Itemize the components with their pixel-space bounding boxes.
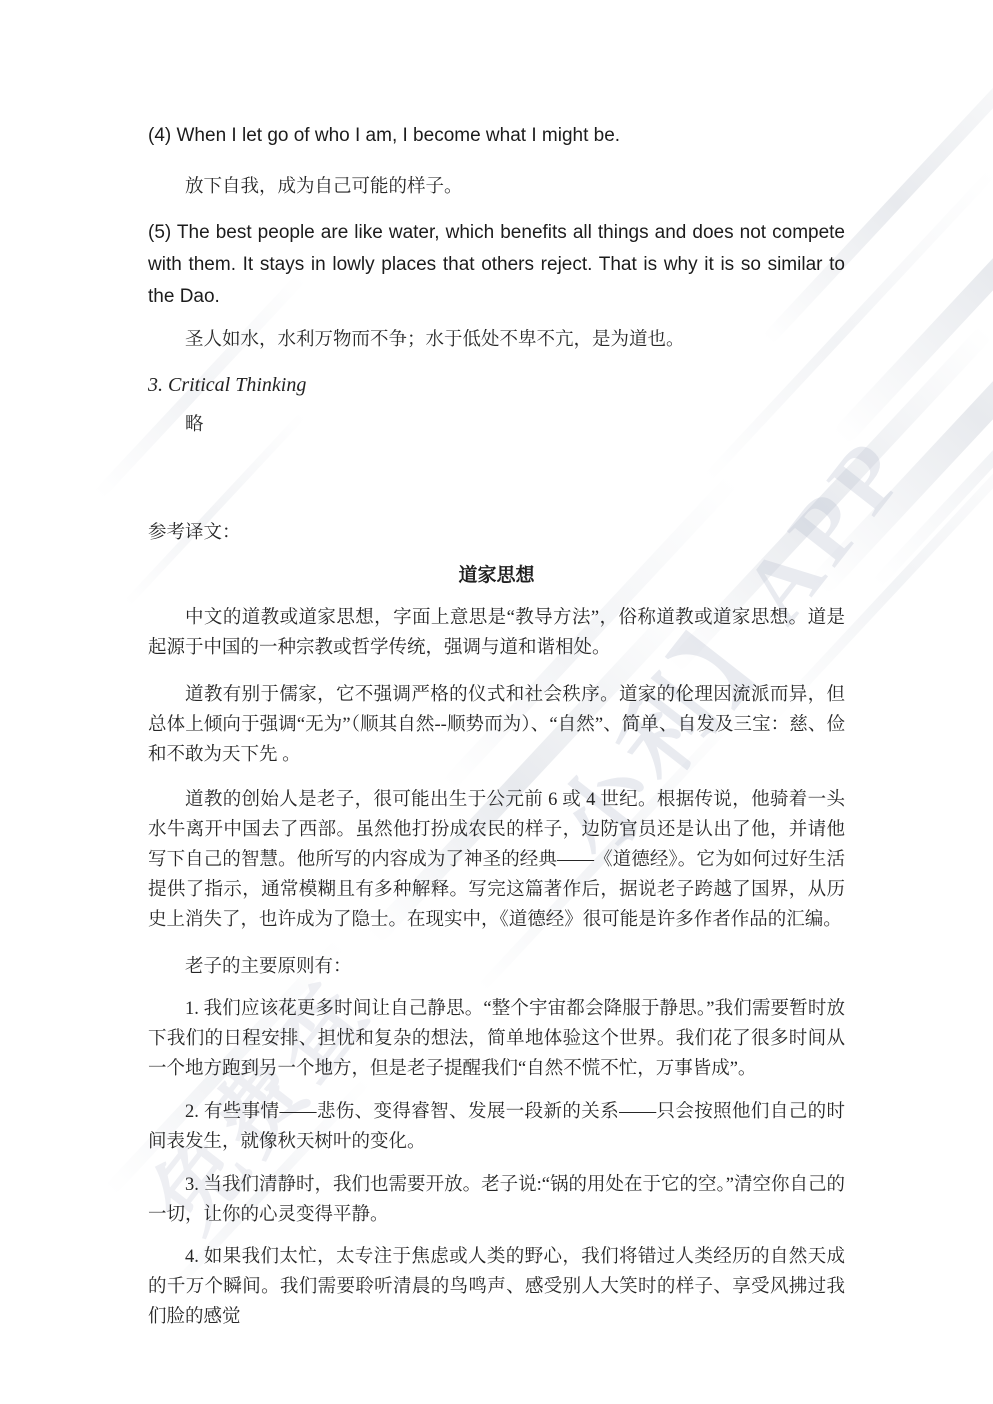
- answer-4-english: (4) When I let go of who I am, I become …: [148, 120, 845, 152]
- principle-3: 3. 当我们清静时，我们也需要开放。老子说:“锅的用处在于它的空。”清空你自己的…: [148, 1170, 845, 1230]
- reference-translation-label: 参考译文：: [148, 518, 845, 548]
- answer-5-chinese: 圣人如水，水利万物而不争；水于低处不卑不亢，是为道也。: [148, 325, 845, 355]
- translation-para-1: 中文的道教或道家思想，字面上意思是“教导方法”，俗称道教或道家思想。道是起源于中…: [148, 603, 845, 663]
- section-3-omitted: 略: [148, 410, 845, 440]
- answer-5-english: (5) The best people are like water, whic…: [148, 217, 845, 313]
- document-page: 小利】APP 免费查 (4) When I let go of who I am…: [0, 0, 993, 1404]
- document-content: (4) When I let go of who I am, I become …: [0, 0, 993, 1404]
- translation-para-2: 道教有别于儒家，它不强调严格的仪式和社会秩序。道家的伦理因流派而异，但总体上倾向…: [148, 680, 845, 770]
- translation-title: 道家思想: [148, 561, 845, 591]
- principles-intro: 老子的主要原则有：: [148, 952, 845, 982]
- translation-para-3: 道教的创始人是老子，很可能出生于公元前 6 或 4 世纪。根据传说，他骑着一头水…: [148, 785, 845, 935]
- principle-1: 1. 我们应该花更多时间让自己静思。“整个宇宙都会降服于静思。”我们需要暂时放下…: [148, 994, 845, 1084]
- section-3-heading: 3. Critical Thinking: [148, 370, 845, 400]
- answer-4-chinese: 放下自我，成为自己可能的样子。: [148, 172, 845, 202]
- principle-4: 4. 如果我们太忙，太专注于焦虑或人类的野心，我们将错过人类经历的自然天成的千万…: [148, 1242, 845, 1332]
- principle-2: 2. 有些事情——悲伤、变得睿智、发展一段新的关系——只会按照他们自己的时间表发…: [148, 1097, 845, 1157]
